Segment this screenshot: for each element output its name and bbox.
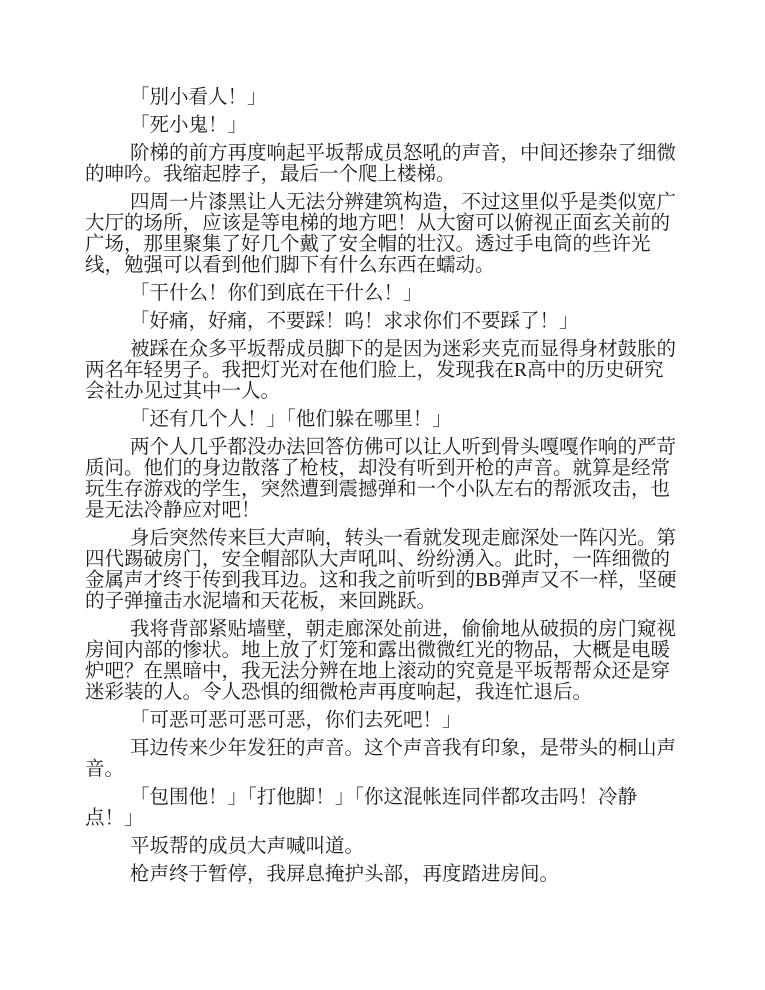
paragraph: 「还有几个人！」「他们躲在哪里！」 xyxy=(85,409,680,430)
novel-text-content: 「別小看人！」 「死小鬼！」 阶梯的前方再度响起平坂帮成员怒吼的声音，中间还掺杂… xyxy=(85,87,680,885)
paragraph: 枪声终于暂停，我屏息掩护头部，再度踏进房间。 xyxy=(85,864,680,885)
paragraph: 被踩在众多平坂帮成员脚下的是因为迷彩夹克而显得身材鼓胀的两名年轻男子。我把灯光对… xyxy=(85,339,680,402)
paragraph: 「包围他！」「打他脚！」「你这混帐连同伴都攻击吗！冷静点！」 xyxy=(85,787,680,829)
document-page: 「別小看人！」 「死小鬼！」 阶梯的前方再度响起平坂帮成员怒吼的声音，中间还掺杂… xyxy=(0,0,765,990)
paragraph: 我将背部紧贴墙壁，朝走廊深处前进，偷偷地从破损的房门窥视房间内部的惨状。地上放了… xyxy=(85,619,680,703)
paragraph: 平坂帮的成员大声喊叫道。 xyxy=(85,836,680,857)
paragraph: 「好痛，好痛，不要踩！呜！求求你们不要踩了！」 xyxy=(85,311,680,332)
paragraph: 「死小鬼！」 xyxy=(85,115,680,136)
paragraph: 两个人几乎都没办法回答仿佛可以让人听到骨头嘎嘎作响的严苛质问。他们的身边散落了枪… xyxy=(85,437,680,521)
paragraph: 身后突然传来巨大声响，转头一看就发现走廊深处一阵闪光。第四代踢破房门，安全帽部队… xyxy=(85,528,680,612)
paragraph: 阶梯的前方再度响起平坂帮成员怒吼的声音，中间还掺杂了细微的呻吟。我缩起脖子，最后… xyxy=(85,143,680,185)
paragraph: 「可恶可恶可恶可恶，你们去死吧！」 xyxy=(85,710,680,731)
paragraph: 「干什么！你们到底在干什么！」 xyxy=(85,283,680,304)
paragraph: 耳边传来少年发狂的声音。这个声音我有印象，是带头的桐山声音。 xyxy=(85,738,680,780)
paragraph: 「別小看人！」 xyxy=(85,87,680,108)
paragraph: 四周一片漆黑让人无法分辨建筑构造，不过这里似乎是类似宽广大厅的场所，应该是等电梯… xyxy=(85,192,680,276)
